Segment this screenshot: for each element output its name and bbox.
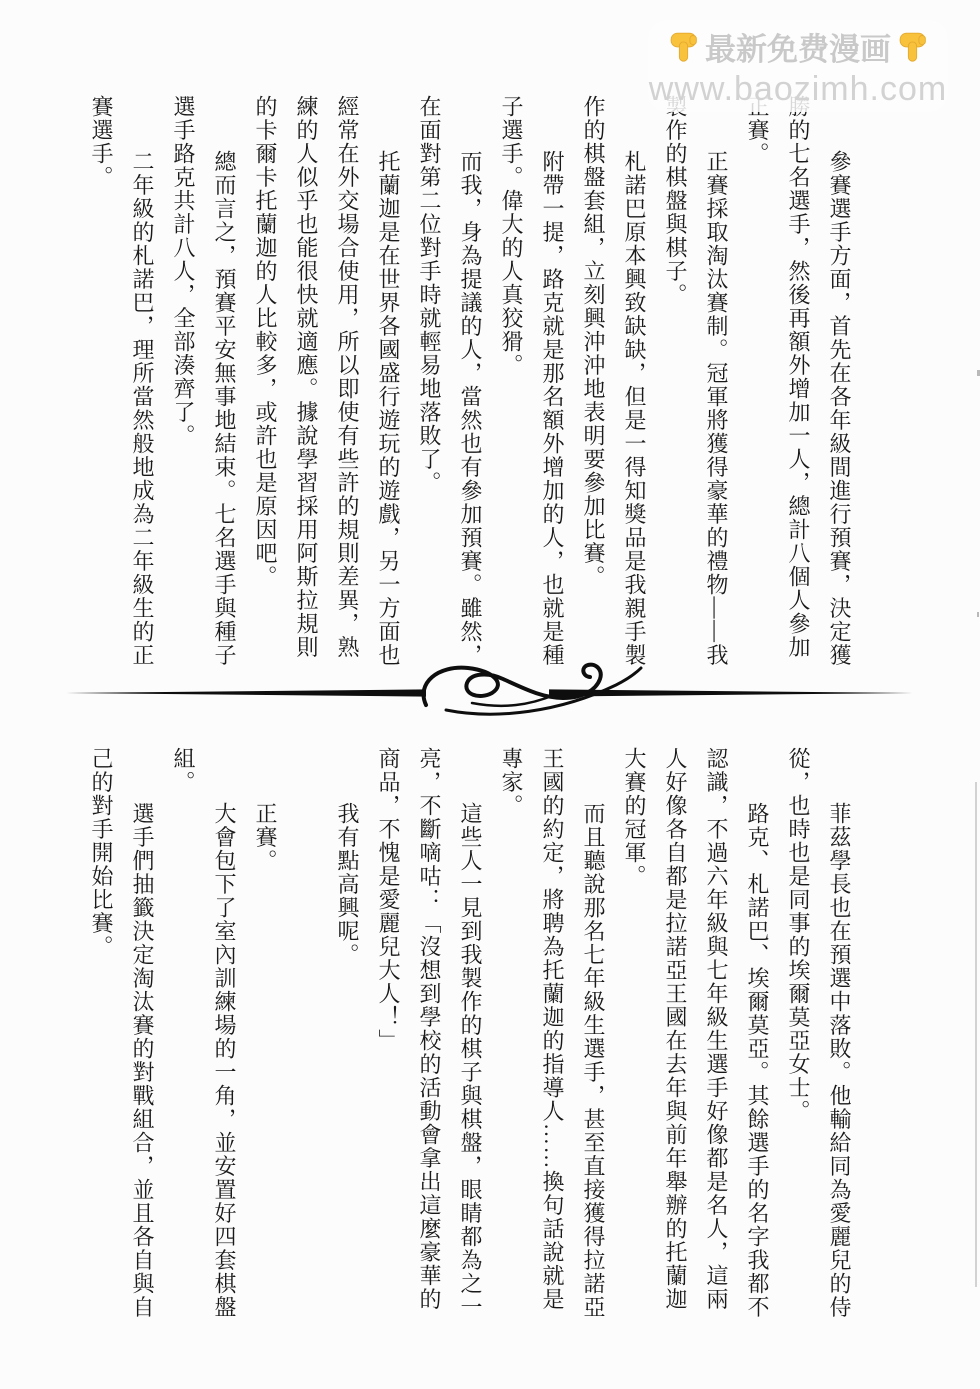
watermark-url: www.baozimh.com — [649, 70, 947, 109]
paragraph: 二年級的札諾巴，理所當然般地成為二年級生的正賽選手。 — [81, 95, 163, 673]
paragraph: 正賽採取淘汰賽制。冠軍將獲得豪華的禮物——我製作的棋盤與棋子。 — [655, 95, 737, 673]
paragraph: 大會包下了室內訓練場的一角，並安置好四套棋盤組。 — [163, 747, 245, 1325]
paragraph: 菲茲學長也在預選中落敗。他輸給同為愛麗兒的侍從，也時也是同事的埃爾莫亞女士。 — [778, 747, 860, 1325]
page-edge-line — [975, 782, 977, 1287]
watermark: 最新免费漫画 www.baozimh.com — [648, 20, 948, 112]
paragraph: 而且聽說那名七年級生選手，甚至直接獲得拉諾亞王國的約定，將聘為托蘭迦的指導人……… — [491, 747, 614, 1325]
point-down-hand-icon — [896, 30, 929, 63]
paragraph: 托蘭迦是在世界各國盛行遊玩的遊戲，另一方面也經常在外交場合使用，所以即使有些許的… — [245, 95, 409, 673]
divider-left-rule — [66, 689, 426, 696]
scanned-novel-page: 參賽選手方面，首先在各年級間進行預賽，決定獲勝的七名選手，然後再額外增加一人，總… — [0, 0, 980, 1389]
paragraph: 附帶一提，路克就是那名額外增加的人，也就是種子選手。偉大的人真狡猾。 — [491, 95, 573, 673]
paragraph: 這些人一見到我製作的棋子與棋盤，眼睛都為之一亮，不斷嘀咕：「沒想到學校的活動會拿… — [368, 747, 491, 1325]
divider-flourish — [424, 665, 641, 714]
paragraph: 正賽。 — [245, 747, 286, 1325]
paragraph: 參賽選手方面，首先在各年級間進行預賽，決定獲勝的七名選手，然後再額外增加一人，總… — [737, 95, 860, 673]
paragraph: 札諾巴原本興致缺缺，但是一得知獎品是我親手製作的棋盤套組，立刻興沖沖地表明要參加… — [573, 95, 655, 673]
watermark-banner: 最新免费漫画 — [667, 24, 929, 69]
watermark-banner-text: 最新免费漫画 — [705, 24, 891, 69]
paragraph: 而我，身為提議的人，當然也有參加預賽。雖然，在面對第二位對手時就輕易地落敗了。 — [409, 95, 491, 673]
paragraph: 路克、札諾巴、埃爾莫亞。其餘選手的名字我都不認識，不過六年級與七年級生選手好像都… — [614, 747, 778, 1325]
point-down-hand-icon — [667, 30, 700, 63]
paragraph: 總而言之，預賽平安無事地結束。七名選手與種子選手路克共計八人，全部湊齊了。 — [163, 95, 245, 673]
section-divider — [60, 653, 920, 733]
scan-speck — [977, 612, 979, 617]
paragraph: 選手們抽籤決定淘汰賽的對戰組合，並且各自與自己的對手開始比賽。 — [81, 747, 163, 1325]
top-text-block: 參賽選手方面，首先在各年級間進行預賽，決定獲勝的七名選手，然後再額外增加一人，總… — [81, 95, 860, 673]
paragraph: 我有點高興呢。 — [327, 747, 368, 1325]
bottom-text-block: 菲茲學長也在預選中落敗。他輸給同為愛麗兒的侍從，也時也是同事的埃爾莫亞女士。路克… — [81, 747, 860, 1325]
